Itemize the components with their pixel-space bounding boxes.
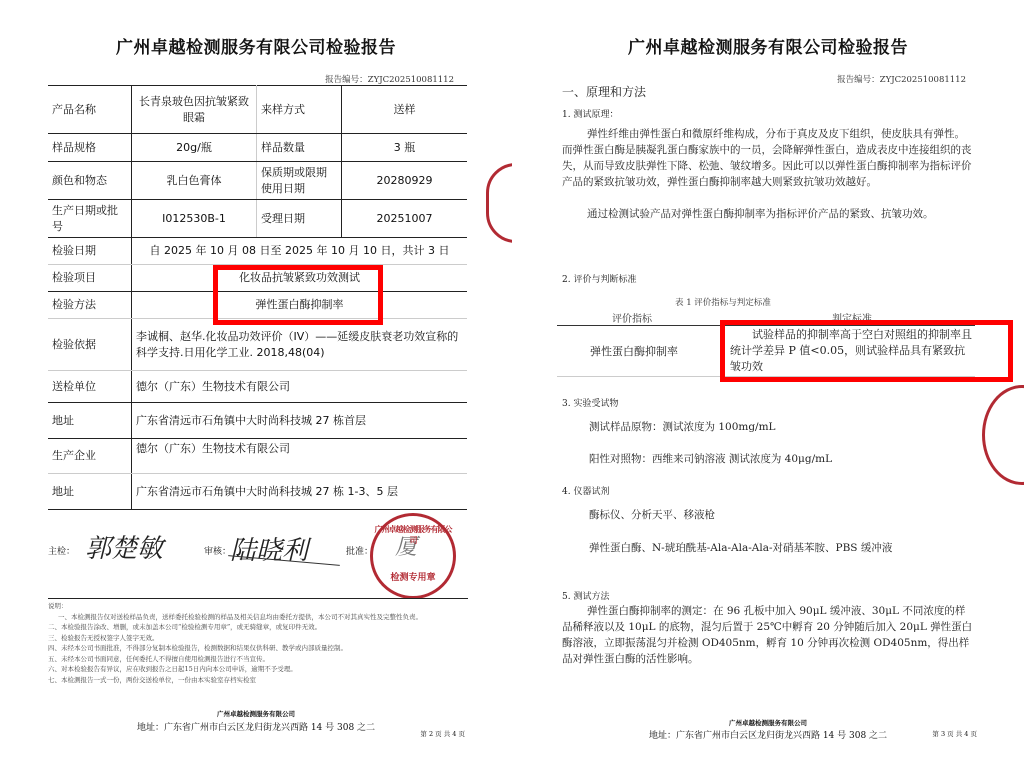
row-label: 生产日期或批号 [48, 200, 132, 238]
manufacturer-address: 广东省清远市石角镇中大时尚科技城 27 栋 1-3、5 层 [132, 474, 468, 510]
row-label: 保质期或限期使用日期 [257, 162, 342, 200]
edge-seal-fragment [982, 385, 1024, 485]
table-row: 检验依据 李诚桐、赵华.化妆品功效评价（IV）——延缓皮肤衰老功效宣称的科学支持… [48, 319, 467, 371]
subsection-title: 4. 仪器试剂 [562, 484, 974, 500]
positive-control: 阳性对照物：西维来司钠溶液 测试浓度为 40μg/mL [589, 451, 1001, 467]
submitter-address: 广东省清远市石角镇中大时尚科技城 27 栋首层 [132, 403, 468, 439]
table-row: 检验日期 自 2025 年 10 月 08 日至 2025 年 10 月 10 … [48, 238, 467, 265]
row-label: 检验方法 [48, 292, 132, 319]
row-label: 颜色和物态 [48, 162, 132, 200]
subsection-title: 1. 测试原理： [562, 107, 974, 123]
subsection-title: 2. 评价与判断标准 [562, 272, 974, 288]
seal-subtext: 检测专用章 [373, 570, 453, 583]
table-row: 地址 广东省清远市石角镇中大时尚科技城 27 栋 1-3、5 层 [48, 474, 467, 510]
product-name: 长青泉玻色因抗皱紧致眼霜 [132, 86, 257, 134]
method-paragraph: 弹性蛋白酶抑制率的测定：在 96 孔板中加入 90μL 缓冲液、30μL 不同浓… [562, 603, 974, 667]
subsection-title: 3. 实验受试物 [562, 396, 974, 412]
section-title: 一、原理和方法 [562, 84, 974, 100]
seal-text: 广州卓越检测服务有限公司 [373, 524, 453, 546]
instruments: 酶标仪、分析天平、移液枪 [589, 507, 1001, 523]
report-title: 广州卓越检测服务有限公司检验报告 [0, 33, 512, 58]
expiry-date: 20280929 [342, 162, 468, 200]
inspection-date: 自 2025 年 10 月 08 日至 2025 年 10 月 10 日，共计 … [132, 238, 468, 265]
table-row: 颜色和物态 乳白色膏体 保质期或限期使用日期 20280929 [48, 162, 467, 200]
company-seal: 广州卓越检测服务有限公司 检测专用章 [370, 513, 456, 599]
sample-quantity: 3 瓶 [342, 134, 468, 162]
note-item: 二、本检验报告涂改、增删，或未加盖本公司“检验检测专用章”，或无骑缝章，或复印件… [48, 622, 468, 633]
table-row: 生产日期或批号 I012530B-1 受理日期 20251007 [48, 200, 467, 238]
table-row: 送检单位 德尔（广东）生物技术有限公司 [48, 371, 467, 403]
page-number: 第 2 页 共 4 页 [420, 729, 465, 738]
note-item: 七、本检测报告一式一份，两份交送检单位，一份由本实验室存档实检室 [48, 675, 468, 686]
submitter: 德尔（广东）生物技术有限公司 [132, 371, 468, 403]
note-item: 三、检验报告无授权签字人签字无效。 [48, 633, 468, 644]
approver-label: 批准： [346, 544, 373, 557]
note-item: 四、未经本公司书面批准，不得部分复制本检验报告，检测数据和结果仅供科研、教学或内… [48, 643, 468, 654]
table-row: 地址 广东省清远市石角镇中大时尚科技城 27 栋首层 [48, 403, 467, 439]
footer-company: 广州卓越检测服务有限公司 [0, 709, 512, 718]
row-label: 检验依据 [48, 319, 132, 371]
batch-number: I012530B-1 [132, 200, 257, 238]
row-label: 检验日期 [48, 238, 132, 265]
acceptance-date: 20251007 [342, 200, 468, 238]
sampling-method: 送样 [342, 86, 468, 134]
row-label: 样品规格 [48, 134, 132, 162]
report-page-3: 广州卓越检测服务有限公司检验报告 报告编号：ZYJC202510081112 一… [512, 0, 1024, 767]
indicator-cell: 弹性蛋白酶抑制率 [590, 344, 730, 360]
row-label: 来样方式 [257, 86, 342, 134]
reagents: 弹性蛋白酶、N-琥珀酰基-Ala-Ala-Ala-对硝基苯胺、PBS 缓冲液 [589, 540, 1001, 556]
note-item: 五、未经本公司书面同意，任何委托人不得擅自使用检测报告进行不当宣传。 [48, 654, 468, 665]
page-number: 第 3 页 共 4 页 [932, 729, 977, 738]
highlight-box [720, 320, 1013, 382]
table-row: 生产企业 德尔（广东）生物技术有限公司 [48, 439, 467, 474]
table-row: 样品规格 20g/瓶 样品数量 3 瓶 [48, 134, 467, 162]
highlight-box [213, 265, 383, 325]
test-sample: 测试样品原物：测试浓度为 100mg/mL [589, 419, 1001, 435]
row-label: 样品数量 [257, 134, 342, 162]
reviewer-label: 审核： [204, 544, 231, 557]
table-caption: 表 1 评价指标与判定标准 [675, 296, 771, 308]
report-title: 广州卓越检测服务有限公司检验报告 [512, 33, 1024, 58]
note-item: 一、本检测报告仅对送检样品负责，送样委托检验检测的样品及相关信息均由委托方提供，… [48, 612, 468, 623]
column-header: 评价指标 [612, 310, 652, 325]
row-label: 产品名称 [48, 86, 132, 134]
row-label: 地址 [48, 403, 132, 439]
report-page-2: 广州卓越检测服务有限公司检验报告 报告编号：ZYJC202510081112 产… [0, 0, 512, 767]
inspector-signature: 郭楚敏 [85, 528, 163, 565]
manufacturer: 德尔（广东）生物技术有限公司 [132, 439, 468, 474]
principle-paragraph-2: 通过检测试验产品对弹性蛋白酶抑制率为指标评价产品的紧致、抗皱功效。 [562, 206, 974, 222]
row-label: 送检单位 [48, 371, 132, 403]
inspector-label: 主检： [48, 544, 75, 557]
inspection-basis: 李诚桐、赵华.化妆品功效评价（IV）——延缓皮肤衰老功效宣称的科学支持.日用化学… [132, 319, 468, 371]
notes-title: 说明： [48, 601, 468, 612]
color-state: 乳白色膏体 [132, 162, 257, 200]
table-row: 产品名称 长青泉玻色因抗皱紧致眼霜 来样方式 送样 [48, 86, 467, 134]
notes-section: 说明： 一、本检测报告仅对送检样品负责，送样委托检验检测的样品及相关信息均由委托… [48, 598, 468, 685]
row-label: 地址 [48, 474, 132, 510]
report-number: 报告编号：ZYJC202510081112 [325, 73, 454, 85]
note-item: 六、对本检验报告有异议，应在收到报告之日起15日内向本公司申诉，逾期不予受理。 [48, 664, 468, 675]
row-label: 受理日期 [257, 200, 342, 238]
principle-paragraph: 弹性纤维由弹性蛋白和微原纤维构成，分布于真皮及皮下组织，使皮肤具有弹性。而弹性蛋… [562, 126, 974, 190]
row-label: 生产企业 [48, 439, 132, 474]
sample-spec: 20g/瓶 [132, 134, 257, 162]
row-label: 检验项目 [48, 265, 132, 292]
footer-company: 广州卓越检测服务有限公司 [512, 718, 1024, 727]
